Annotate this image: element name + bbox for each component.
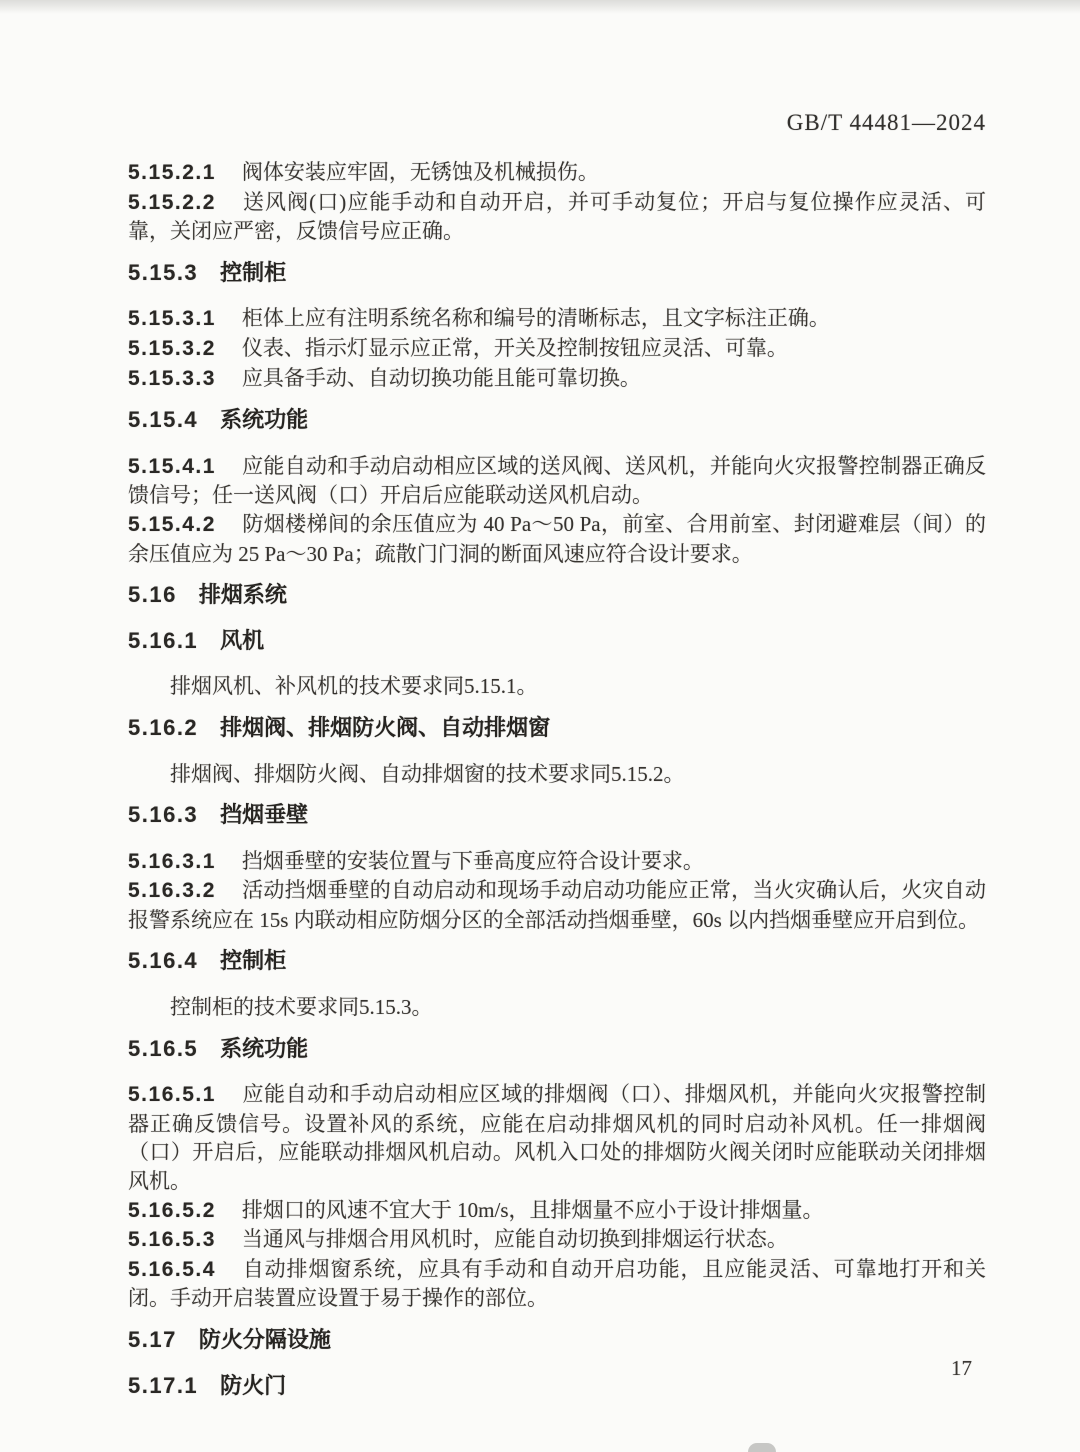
heading-5-16: 5.16排烟系统	[128, 581, 986, 610]
heading-5-16-4: 5.16.4控制柜	[128, 947, 986, 976]
clause-text: 仪表、指示灯显示应正常，开关及控制按钮应灵活、可靠。	[242, 336, 788, 360]
heading-5-17: 5.17防火分隔设施	[128, 1326, 986, 1355]
heading-text: 防火门	[220, 1373, 286, 1398]
clause-text: 挡烟垂壁的安装位置与下垂高度应符合设计要求。	[242, 849, 704, 873]
paragraph-5-16-2: 排烟阀、排烟防火阀、自动排烟窗的技术要求同5.15.2。	[128, 760, 986, 789]
heading-number: 5.17.1	[128, 1373, 198, 1398]
heading-text: 系统功能	[220, 1036, 308, 1061]
clause-number: 5.15.3.3	[128, 367, 216, 390]
clause-5-15-4-2: 5.15.4.2防烟楼梯间的余压值应为 40 Pa～50 Pa，前室、合用前室、…	[128, 510, 986, 568]
clause-number: 5.15.2.1	[128, 161, 216, 184]
standard-number-header: GB/T 44481—2024	[787, 110, 986, 136]
heading-number: 5.16.2	[128, 715, 198, 740]
scan-speck	[748, 1443, 776, 1452]
clause-number: 5.16.5.2	[128, 1199, 216, 1222]
heading-text: 系统功能	[220, 407, 308, 432]
paragraph-5-16-4: 控制柜的技术要求同5.15.3。	[128, 993, 986, 1022]
heading-number: 5.16.3	[128, 802, 198, 827]
heading-5-15-4: 5.15.4系统功能	[128, 406, 986, 435]
heading-text: 排烟阀、排烟防火阀、自动排烟窗	[220, 715, 550, 740]
clause-number: 5.15.2.2	[128, 191, 216, 214]
clause-text: 阀体安装应牢固，无锈蚀及机械损伤。	[242, 160, 599, 184]
clause-5-15-2-1: 5.15.2.1阀体安装应牢固，无锈蚀及机械损伤。	[128, 158, 986, 188]
clause-number: 5.16.3.2	[128, 879, 216, 902]
clause-number: 5.15.4.2	[128, 513, 216, 536]
heading-text: 排烟系统	[199, 582, 287, 607]
heading-text: 控制柜	[220, 260, 286, 285]
clause-5-15-2-2: 5.15.2.2送风阀(口)应能手动和自动开启，并可手动复位；开启与复位操作应灵…	[128, 188, 986, 246]
clause-number: 5.16.5.4	[128, 1258, 216, 1281]
clause-5-16-5-3: 5.16.5.3当通风与排烟合用风机时，应能自动切换到排烟运行状态。	[128, 1225, 986, 1255]
clause-number: 5.15.3.2	[128, 337, 216, 360]
clause-5-16-3-1: 5.16.3.1挡烟垂壁的安装位置与下垂高度应符合设计要求。	[128, 847, 986, 877]
clause-5-16-3-2: 5.16.3.2活动挡烟垂壁的自动启动和现场手动启动功能应正常，当火灾确认后，火…	[128, 876, 986, 934]
clause-5-15-3-3: 5.15.3.3应具备手动、自动切换功能且能可靠切换。	[128, 364, 986, 394]
clause-text: 应能自动和手动启动相应区域的排烟阀（口）、排烟风机，并能向火灾报警控制器正确反馈…	[128, 1082, 986, 1193]
clause-5-15-3-2: 5.15.3.2仪表、指示灯显示应正常，开关及控制按钮应灵活、可靠。	[128, 334, 986, 364]
document-body: 5.15.2.1阀体安装应牢固，无锈蚀及机械损伤。 5.15.2.2送风阀(口)…	[128, 158, 986, 1417]
heading-number: 5.16.5	[128, 1036, 198, 1061]
clause-text: 当通风与排烟合用风机时，应能自动切换到排烟运行状态。	[242, 1227, 788, 1251]
heading-5-17-1: 5.17.1防火门	[128, 1372, 986, 1401]
heading-number: 5.16.4	[128, 948, 198, 973]
clause-5-16-5-4: 5.16.5.4自动排烟窗系统，应具有手动和自动开启功能，且应能灵活、可靠地打开…	[128, 1255, 986, 1313]
paragraph-5-16-1: 排烟风机、补风机的技术要求同5.15.1。	[128, 672, 986, 701]
heading-number: 5.17	[128, 1327, 177, 1352]
heading-5-16-2: 5.16.2排烟阀、排烟防火阀、自动排烟窗	[128, 714, 986, 743]
page-number: 17	[951, 1356, 972, 1381]
heading-5-15-3: 5.15.3控制柜	[128, 259, 986, 288]
clause-5-16-5-1: 5.16.5.1应能自动和手动启动相应区域的排烟阀（口）、排烟风机，并能向火灾报…	[128, 1080, 986, 1195]
heading-5-16-1: 5.16.1风机	[128, 627, 986, 656]
heading-text: 控制柜	[220, 948, 286, 973]
heading-5-16-5: 5.16.5系统功能	[128, 1035, 986, 1064]
document-page: GB/T 44481—2024 5.15.2.1阀体安装应牢固，无锈蚀及机械损伤…	[0, 0, 1080, 1452]
clause-number: 5.16.3.1	[128, 850, 216, 873]
clause-text: 防烟楼梯间的余压值应为 40 Pa～50 Pa，前室、合用前室、封闭避难层（间）…	[128, 512, 986, 566]
clause-number: 5.16.5.3	[128, 1228, 216, 1251]
heading-number: 5.15.4	[128, 407, 198, 432]
heading-number: 5.16.1	[128, 628, 198, 653]
clause-text: 自动排烟窗系统，应具有手动和自动开启功能，且应能灵活、可靠地打开和关闭。手动开启…	[128, 1257, 986, 1311]
heading-text: 挡烟垂壁	[220, 802, 308, 827]
clause-number: 5.16.5.1	[128, 1083, 216, 1106]
clause-5-16-5-2: 5.16.5.2排烟口的风速不宜大于 10m/s，且排烟量不应小于设计排烟量。	[128, 1196, 986, 1226]
heading-text: 防火分隔设施	[199, 1327, 331, 1352]
clause-text: 柜体上应有注明系统名称和编号的清晰标志，且文字标注正确。	[242, 306, 830, 330]
heading-5-16-3: 5.16.3挡烟垂壁	[128, 801, 986, 830]
clause-5-15-3-1: 5.15.3.1柜体上应有注明系统名称和编号的清晰标志，且文字标注正确。	[128, 304, 986, 334]
clause-number: 5.15.3.1	[128, 307, 216, 330]
heading-number: 5.16	[128, 582, 177, 607]
clause-text: 排烟口的风速不宜大于 10m/s，且排烟量不应小于设计排烟量。	[242, 1198, 824, 1222]
clause-5-15-4-1: 5.15.4.1应能自动和手动启动相应区域的送风阀、送风机，并能向火灾报警控制器…	[128, 452, 986, 510]
clause-text: 应具备手动、自动切换功能且能可靠切换。	[242, 366, 641, 390]
heading-text: 风机	[220, 628, 264, 653]
clause-text: 送风阀(口)应能手动和自动开启，并可手动复位；开启与复位操作应灵活、可靠，关闭应…	[128, 190, 986, 244]
clause-text: 活动挡烟垂壁的自动启动和现场手动启动功能应正常，当火灾确认后，火灾自动报警系统应…	[128, 878, 986, 932]
clause-text: 应能自动和手动启动相应区域的送风阀、送风机，并能向火灾报警控制器正确反馈信号；任…	[128, 454, 986, 508]
heading-number: 5.15.3	[128, 260, 198, 285]
clause-number: 5.15.4.1	[128, 455, 216, 478]
